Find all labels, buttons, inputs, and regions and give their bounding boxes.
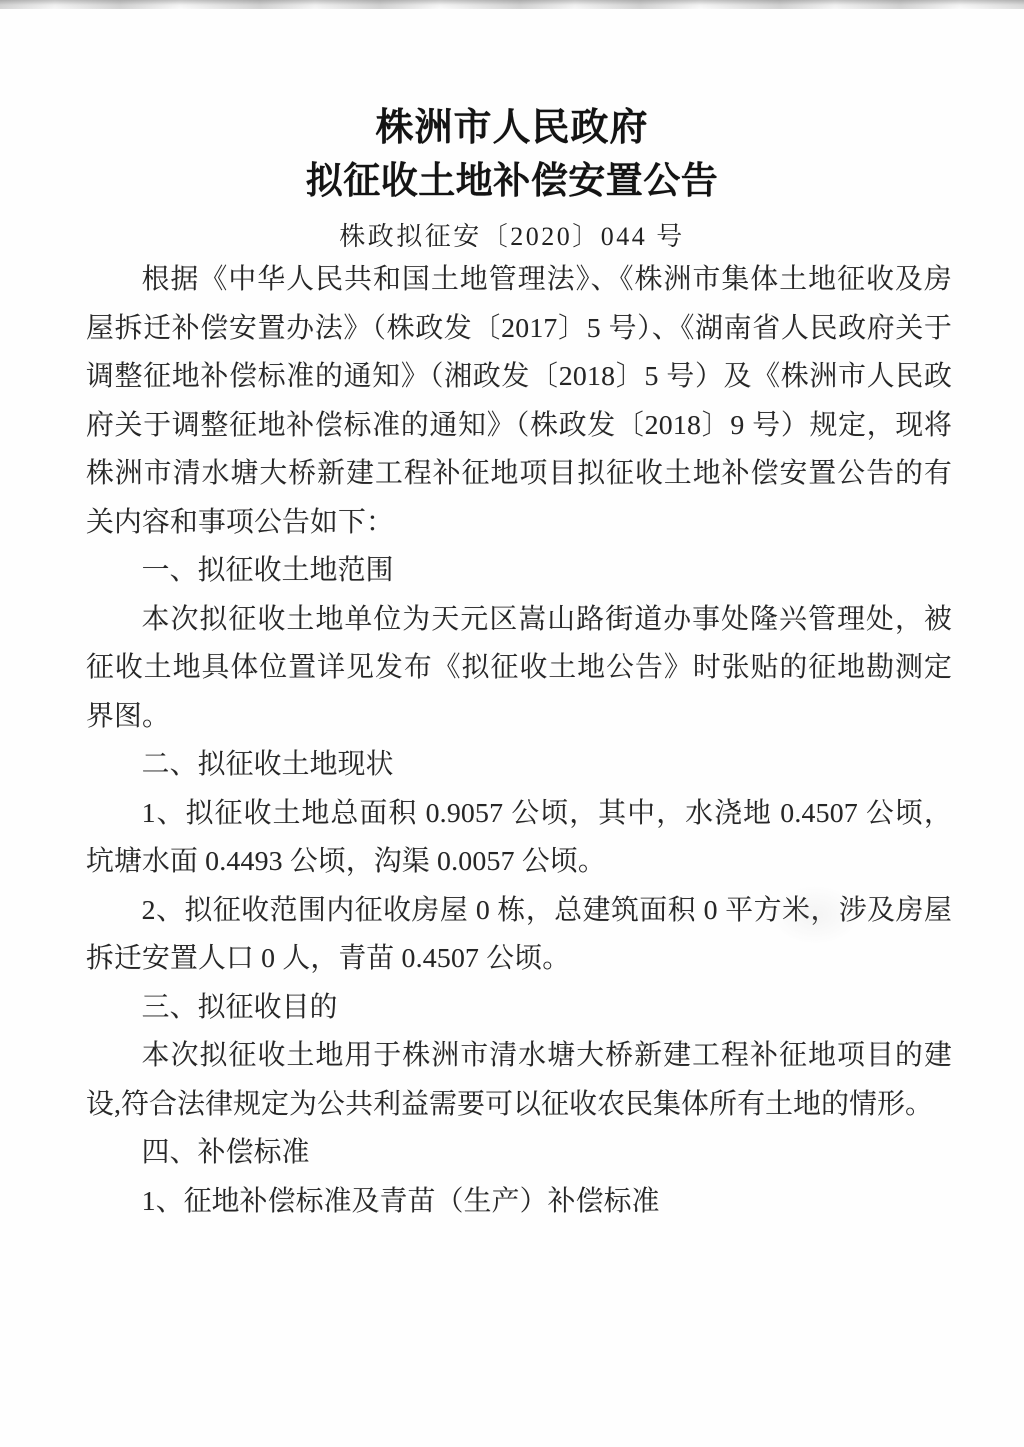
- document-number: 株政拟征安〔2020〕044 号: [0, 218, 1024, 256]
- heading-section-4-compensation: 四、补偿标准: [86, 1129, 952, 1178]
- heading-compensation-item-1: 1、征地补偿标准及青苗（生产）补偿标准: [86, 1178, 952, 1227]
- paragraph-purpose: 本次拟征收土地用于株洲市清水塘大桥新建工程补征地项目的建设,符合法律规定为公共利…: [86, 1032, 952, 1129]
- document-title-subject: 拟征收土地补偿安置公告: [0, 155, 1024, 208]
- document-title-issuer: 株洲市人民政府: [0, 102, 1024, 155]
- paragraph-legal-basis: 根据《中华人民共和国土地管理法》、《株洲市集体土地征收及房屋拆迁补偿安置办法》（…: [86, 256, 952, 547]
- heading-section-1-land-scope: 一、拟征收土地范围: [86, 547, 952, 596]
- paragraph-land-area: 1、拟征收土地总面积 0.9057 公顷，其中，水浇地 0.4507 公顷，坑塘…: [86, 790, 952, 887]
- paragraph-house-demolition: 2、拟征收范围内征收房屋 0 栋，总建筑面积 0 平方米，涉及房屋拆迁安置人口 …: [86, 887, 952, 984]
- heading-section-2-land-status: 二、拟征收土地现状: [86, 741, 952, 790]
- document-header: 株洲市人民政府 拟征收土地补偿安置公告 株政拟征安〔2020〕044 号: [0, 0, 1024, 256]
- document-body: 根据《中华人民共和国土地管理法》、《株洲市集体土地征收及房屋拆迁补偿安置办法》（…: [0, 256, 1024, 1226]
- document-page: 株洲市人民政府 拟征收土地补偿安置公告 株政拟征安〔2020〕044 号 根据《…: [0, 0, 1024, 1447]
- paragraph-land-scope: 本次拟征收土地单位为天元区嵩山路街道办事处隆兴管理处，被征收土地具体位置详见发布…: [86, 596, 952, 742]
- heading-section-3-purpose: 三、拟征收目的: [86, 984, 952, 1033]
